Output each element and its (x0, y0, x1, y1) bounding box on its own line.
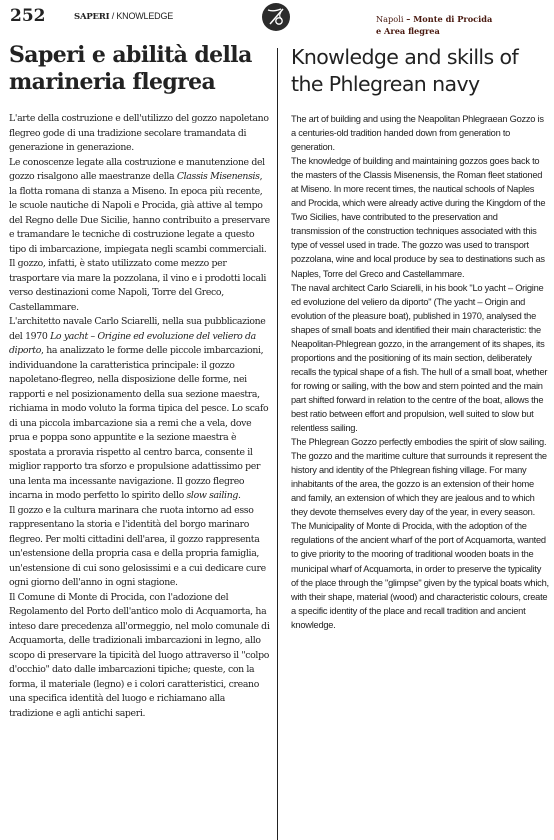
column-divider (277, 48, 278, 840)
english-body: The art of building and using the Neapol… (291, 112, 549, 632)
italian-paragraph: Le conoscenze legate alla costruzione e … (9, 156, 271, 316)
italian-paragraph: Il Comune di Monte di Procida, con l'ado… (9, 591, 271, 722)
english-paragraph: The Municipality of Monte di Procida, wi… (291, 519, 549, 631)
section-primary: SAPERI (74, 12, 109, 22)
english-title: Knowledge and skills of the Phlegrean na… (291, 44, 551, 98)
italian-paragraph: L'arte della costruzione e dell'utilizzo… (9, 112, 271, 156)
english-paragraph: The Phlegrean Gozzo perfectly embodies t… (291, 435, 549, 449)
section-secondary: KNOWLEDGE (116, 11, 173, 21)
page-number: 252 (10, 6, 46, 26)
english-paragraph: The gozzo and the maritime culture that … (291, 449, 549, 519)
location-region: e Area flegrea (376, 25, 492, 37)
italian-body: L'arte della costruzione e dell'utilizzo… (9, 112, 271, 721)
english-paragraph: The knowledge of building and maintainin… (291, 154, 549, 280)
location-area: – Monte di Procida (403, 14, 492, 24)
location-city: Napoli (376, 14, 403, 24)
italian-paragraph: L'architetto navale Carlo Sciarelli, nel… (9, 315, 271, 504)
italian-paragraph: Il gozzo e la cultura marinara che ruota… (9, 504, 271, 591)
page-header: 252 SAPERI / KNOWLEDGE Napoli – Monte di… (0, 0, 554, 40)
location-label: Napoli – Monte di Procida e Area flegrea (376, 13, 492, 37)
needle-and-thread-icon (262, 3, 290, 31)
english-paragraph: The art of building and using the Neapol… (291, 112, 549, 154)
section-label: SAPERI / KNOWLEDGE (74, 11, 173, 22)
italian-title: Saperi e abilità della marineria flegrea (9, 42, 274, 96)
english-paragraph: The naval architect Carlo Sciarelli, in … (291, 281, 549, 436)
